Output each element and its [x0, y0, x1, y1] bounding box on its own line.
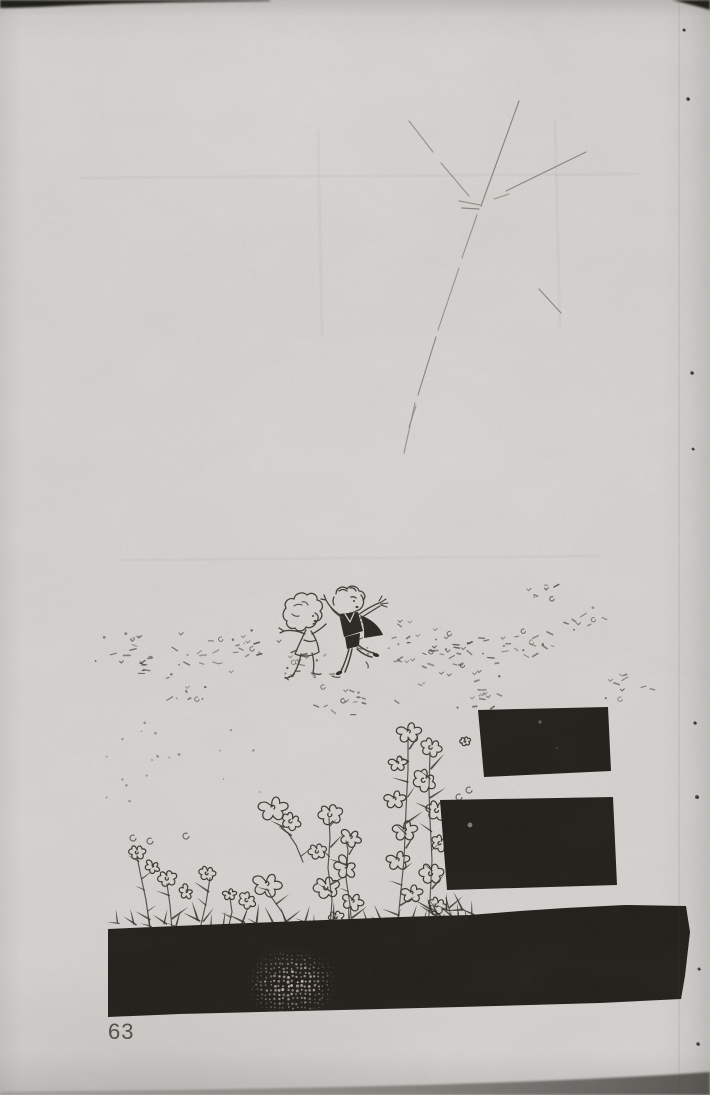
scanned-book-page: 63 [0, 0, 710, 1095]
paper-grain-overlay [0, 0, 710, 1095]
page-artwork [0, 0, 710, 1095]
page-number: 63 [108, 1021, 134, 1043]
